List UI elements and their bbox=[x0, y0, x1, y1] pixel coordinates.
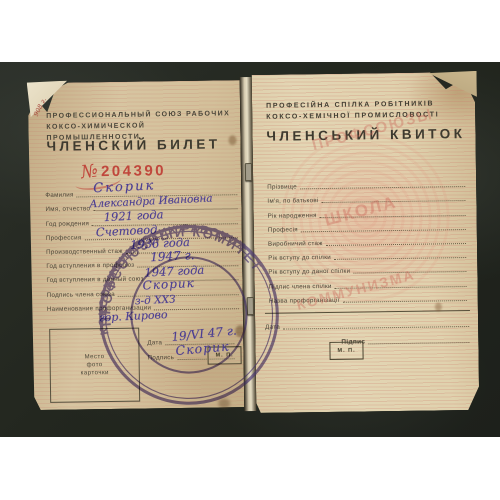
field-line bbox=[368, 342, 469, 344]
membership-booklet: 908 г. ПРОФЕССИОНАЛЬНЫЙ СОЮЗ РАБОЧИХ КОК… bbox=[28, 72, 480, 416]
signature-label: Подпись bbox=[148, 354, 175, 363]
left-field-rows: Фамилия Скорик Имя, отчество Александра … bbox=[45, 184, 240, 314]
field-line bbox=[283, 326, 469, 330]
photo-placeholder-box: Место фото карточки bbox=[49, 328, 140, 403]
field-line bbox=[301, 229, 466, 232]
date-label: Дата bbox=[147, 339, 162, 348]
photo-box-text: карточки bbox=[81, 370, 109, 376]
union-name-header-ua: ПРОФЕСІЙНА СПІЛКА РОБІТНИКІВ КОКСО-ХЕМІЧ… bbox=[266, 98, 471, 123]
left-page: 908 г. ПРОФЕССИОНАЛЬНЫЙ СОЮЗ РАБОЧИХ КОК… bbox=[28, 80, 245, 410]
photo-box-text: Место bbox=[85, 354, 105, 360]
staple bbox=[245, 163, 252, 181]
handwritten-signature: Скорик bbox=[142, 276, 195, 293]
photo-backdrop: 908 г. ПРОФЕССИОНАЛЬНЫЙ СОЮЗ РАБОЧИХ КОК… bbox=[0, 62, 500, 437]
handwritten-value: з-д ХХЗ bbox=[135, 293, 176, 307]
photo-box-text: фото bbox=[87, 362, 103, 368]
staple bbox=[247, 297, 254, 315]
seal-place-box-ua: М. П. bbox=[329, 341, 363, 359]
field-label: Прізвище bbox=[267, 184, 297, 193]
field-line bbox=[326, 243, 466, 246]
handwritten-value: 1947 г. bbox=[150, 248, 195, 264]
right-page: ПРОФСОЮЗЫ ШКОЛА КОММУНИЗМА ПРОФЕСІЙНА СП… bbox=[252, 72, 480, 413]
screenshot-canvas: 908 г. ПРОФЕССИОНАЛЬНЫЙ СОЮЗ РАБОЧИХ КОК… bbox=[0, 0, 500, 500]
field-label: Фамилия bbox=[45, 192, 73, 201]
field-line bbox=[343, 300, 467, 303]
field-line bbox=[334, 257, 466, 260]
field-line bbox=[300, 186, 465, 189]
field-label: Професія bbox=[268, 226, 298, 235]
date-row-ua: Дата bbox=[265, 316, 470, 333]
page-title: ЧЛЕНСКИЙ БИЛЕТ bbox=[47, 136, 221, 153]
handwritten-value: Скорик bbox=[93, 178, 156, 196]
date-label: Дата bbox=[265, 324, 280, 333]
